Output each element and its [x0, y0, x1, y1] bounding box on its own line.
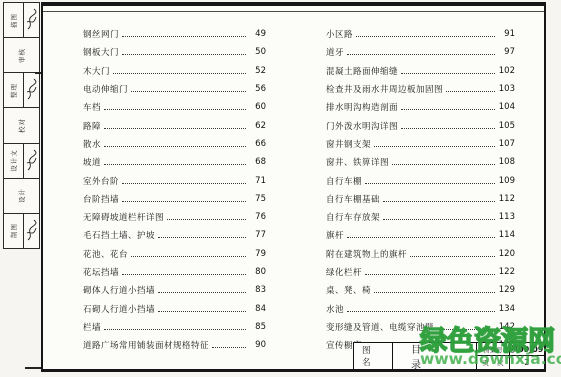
handwritten-signature: [25, 218, 38, 244]
toc-entry-title: 自行车存放架: [326, 211, 380, 223]
toc-entry-page: 109: [498, 176, 515, 186]
toc-entry-title: 车档: [83, 101, 101, 113]
toc-entry-title: 自行车棚基础: [326, 193, 380, 205]
dot-leader: [104, 146, 246, 147]
toc-entry-page: 103: [498, 84, 515, 94]
toc-entry: 小区路91: [326, 25, 515, 43]
scanned-atlas-page: 描图审核整理校对设计文设计制图 钢丝网门49钢板大门50木大门52电动伸缩门56…: [0, 0, 561, 377]
dot-leader: [104, 329, 246, 330]
dot-leader: [104, 128, 246, 129]
dot-leader: [383, 219, 495, 220]
toc-entry-page: 80: [249, 267, 266, 277]
toc-entry-page: 71: [249, 176, 266, 186]
toc-entry: 附在建筑物上的旗杆120: [326, 245, 515, 263]
strip-label: 校对: [4, 108, 39, 142]
toc-entry-page: 50: [249, 47, 266, 57]
toc-entry: 自行车存放架113: [326, 208, 515, 226]
dot-leader: [383, 201, 495, 202]
toc-entry-title: 变形缝及管道、电缆穿池壁: [326, 321, 434, 333]
toc-entry: 混凝土路面伸缩缝102: [326, 62, 515, 80]
dot-leader: [122, 274, 246, 275]
toc-entry: 钢板大门50: [83, 43, 266, 61]
toc-entry: 电动伸缩门56: [83, 80, 266, 98]
dot-leader: [365, 183, 495, 184]
toc-entry-title: 台阶挡墙: [83, 193, 119, 205]
handwritten-signature: [25, 77, 38, 103]
sheet-name-label: 图 名: [354, 343, 393, 369]
toc-entry-page: 76: [249, 212, 266, 222]
toc-entry-title: 路障: [83, 120, 101, 132]
toc-entry-title: 桌、凳、椅: [326, 284, 371, 296]
toc-entry: 桌、凳、椅129: [326, 281, 515, 299]
toc-entry-page: 52: [249, 66, 266, 76]
strip-row: 校对: [4, 108, 39, 143]
toc-entry-page: 68: [249, 157, 266, 167]
dot-leader: [401, 73, 495, 74]
toc-entry-title: 小区路: [326, 28, 353, 40]
dot-leader: [131, 256, 246, 257]
toc-entry-page: 77: [249, 230, 266, 240]
dot-leader: [158, 237, 246, 238]
toc-entry: 门外泼水明沟详图105: [326, 116, 515, 134]
handwritten-signature: [25, 148, 38, 174]
toc-entry-page: 85: [249, 322, 266, 332]
toc-entry-page: 83: [249, 285, 266, 295]
dot-leader: [122, 54, 246, 55]
toc-entry-page: 108: [498, 157, 515, 167]
strip-signature-cell: [23, 73, 39, 107]
toc-entry-page: 91: [498, 29, 515, 39]
toc-entry-title: 附在建筑物上的旗杆: [326, 248, 407, 260]
toc-entry-page: 75: [249, 194, 266, 204]
sheet-frame: 钢丝网门49钢板大门50木大门52电动伸缩门56车档60路障62散水66坡道68…: [41, 2, 546, 372]
toc-entry-title: 石砌人行道小挡墙: [83, 303, 155, 315]
strip-row: 审核: [4, 38, 39, 73]
strip-label: 设计: [4, 179, 39, 213]
strip-label: 设计文: [4, 144, 23, 178]
toc-entry-page: 102: [498, 66, 515, 76]
toc-entry-title: 毛石挡土墙、护坡: [83, 229, 155, 241]
dot-leader: [347, 54, 495, 55]
toc-entry-page: 113: [498, 212, 515, 222]
toc-entry-page: 97: [498, 47, 515, 57]
toc-entry-title: 检查井及雨水井周边板加固图: [326, 83, 443, 95]
toc-entry: 道路广场常用铺装面材规格特征90: [83, 336, 266, 354]
toc-entry-title: 绿化栏杆: [326, 266, 362, 278]
toc-entry-page: 79: [249, 249, 266, 259]
toc-entry-title: 木大门: [83, 65, 110, 77]
toc-column-left: 钢丝网门49钢板大门50木大门52电动伸缩门56车档60路障62散水66坡道68…: [83, 25, 266, 354]
toc-entry-page: 104: [498, 102, 515, 112]
toc-entry: 检查井及雨水井周边板加固图103: [326, 80, 515, 98]
dot-leader: [104, 164, 246, 165]
toc-entry-page: 105: [498, 121, 515, 131]
toc-entry-page: 120: [498, 249, 515, 259]
inner-top-rule: [43, 11, 544, 12]
toc-entry: 钢丝网门49: [83, 25, 266, 43]
toc-column-right: 小区路91道牙97混凝土路面伸缩缝102检查井及雨水井周边板加固图103排水明沟…: [326, 25, 515, 354]
dot-leader: [104, 109, 246, 110]
strip-label: 审核: [4, 38, 39, 72]
toc-entry-title: 电动伸缩门: [83, 83, 128, 95]
toc-entry: 石砌人行道小挡墙84: [83, 299, 266, 317]
watermark-site-url: www.downxia.com: [420, 350, 561, 368]
toc-entry-page: 114: [498, 230, 515, 240]
toc-entry-title: 砌体人行道小挡墙: [83, 284, 155, 296]
dot-leader: [158, 292, 246, 293]
toc-entry-page: 134: [498, 304, 515, 314]
toc-entry-title: 道路广场常用铺装面材规格特征: [83, 339, 209, 351]
strip-row: 描图: [4, 3, 39, 38]
strip-row: 整理: [4, 73, 39, 108]
toc-entry-title: 坡道: [83, 156, 101, 168]
dot-leader: [158, 311, 246, 312]
dot-leader: [347, 311, 495, 312]
dot-leader: [122, 201, 246, 202]
toc-entry-title: 栏墙: [83, 321, 101, 333]
toc-entry-title: 排水明沟构造剖面: [326, 101, 398, 113]
toc-entry-title: 钢丝网门: [83, 28, 119, 40]
dot-leader: [365, 274, 495, 275]
toc-entry: 无障碍坡道栏杆详图76: [83, 208, 266, 226]
toc-entry: 水池134: [326, 299, 515, 317]
strip-label: 描图: [4, 3, 23, 37]
toc-entry: 毛石挡土墙、护坡77: [83, 226, 266, 244]
dot-leader: [122, 36, 246, 37]
toc-entry: 花池、花台79: [83, 245, 266, 263]
toc-entry: 坡道68: [83, 153, 266, 171]
handwritten-signature: [25, 7, 38, 33]
toc-entry: 绿化栏杆122: [326, 263, 515, 281]
dot-leader: [122, 183, 246, 184]
toc-entry-title: 混凝土路面伸缩缝: [326, 65, 398, 77]
toc-entry-title: 道牙: [326, 46, 344, 58]
strip-row: 设计: [4, 179, 39, 214]
toc-entry-title: 门外泼水明沟详图: [326, 120, 398, 132]
toc-entry-page: 112: [498, 194, 515, 204]
strip-label: 制图: [4, 214, 23, 248]
toc-entry: 花坛挡墙80: [83, 263, 266, 281]
dot-leader: [374, 292, 495, 293]
toc-entry-title: 窗井钢支架: [326, 138, 371, 150]
signature-strip: 描图审核整理校对设计文设计制图: [3, 2, 40, 249]
toc-entry: 砌体人行道小挡墙83: [83, 281, 266, 299]
toc-entry: 台阶挡墙75: [83, 190, 266, 208]
toc-entry-title: 旗杆: [326, 229, 344, 241]
toc-entry: 旗杆114: [326, 226, 515, 244]
toc-entry-page: 84: [249, 304, 266, 314]
toc-entry-page: 49: [249, 29, 266, 39]
dot-leader: [347, 237, 495, 238]
toc-entry-page: 56: [249, 84, 266, 94]
dot-leader: [392, 164, 495, 165]
strip-signature-cell: [23, 214, 39, 248]
toc-entry-page: 60: [249, 102, 266, 112]
toc-entry-page: 90: [249, 340, 266, 350]
toc-entry-page: 107: [498, 139, 515, 149]
toc-entry: 室外台阶71: [83, 171, 266, 189]
toc-entry-page: 66: [249, 139, 266, 149]
toc-entry-title: 无障碍坡道栏杆详图: [83, 211, 164, 223]
toc-entry-title: 水池: [326, 303, 344, 315]
toc-entry: 路障62: [83, 116, 266, 134]
toc-entry-title: 花坛挡墙: [83, 266, 119, 278]
dot-leader: [212, 347, 246, 348]
toc-entry: 排水明沟构造剖面104: [326, 98, 515, 116]
toc-entry-page: 122: [498, 267, 515, 277]
dot-leader: [446, 91, 495, 92]
dot-leader: [410, 256, 495, 257]
toc-entry: 窗井钢支架107: [326, 135, 515, 153]
dot-leader: [131, 91, 246, 92]
strip-signature-cell: [23, 144, 39, 178]
toc-entry-title: 自行车棚: [326, 175, 362, 187]
toc-entry-title: 室外台阶: [83, 175, 119, 187]
dot-leader: [374, 146, 495, 147]
toc-entry: 栏墙85: [83, 318, 266, 336]
toc-entry-title: 花池、花台: [83, 248, 128, 260]
toc-entry-title: 散水: [83, 138, 101, 150]
toc-entry: 木大门52: [83, 62, 266, 80]
dot-leader: [401, 128, 495, 129]
toc-entry: 散水66: [83, 135, 266, 153]
toc-entry-title: 窗井、铁箅详图: [326, 156, 389, 168]
toc-entry: 车档60: [83, 98, 266, 116]
toc-entry: 道牙97: [326, 43, 515, 61]
toc-entry-title: 钢板大门: [83, 46, 119, 58]
strip-row: 制图: [4, 214, 39, 248]
dot-leader: [167, 219, 246, 220]
dot-leader: [401, 109, 495, 110]
toc-entry: 自行车棚109: [326, 171, 515, 189]
strip-label: 整理: [4, 73, 23, 107]
toc-entry: 窗井、铁箅详图108: [326, 153, 515, 171]
strip-row: 设计文: [4, 144, 39, 179]
dot-leader: [113, 73, 246, 74]
toc-entry-page: 62: [249, 121, 266, 131]
dot-leader: [356, 36, 495, 37]
strip-signature-cell: [23, 3, 39, 37]
toc-entry-page: 129: [498, 285, 515, 295]
toc-entry: 自行车棚基础112: [326, 190, 515, 208]
